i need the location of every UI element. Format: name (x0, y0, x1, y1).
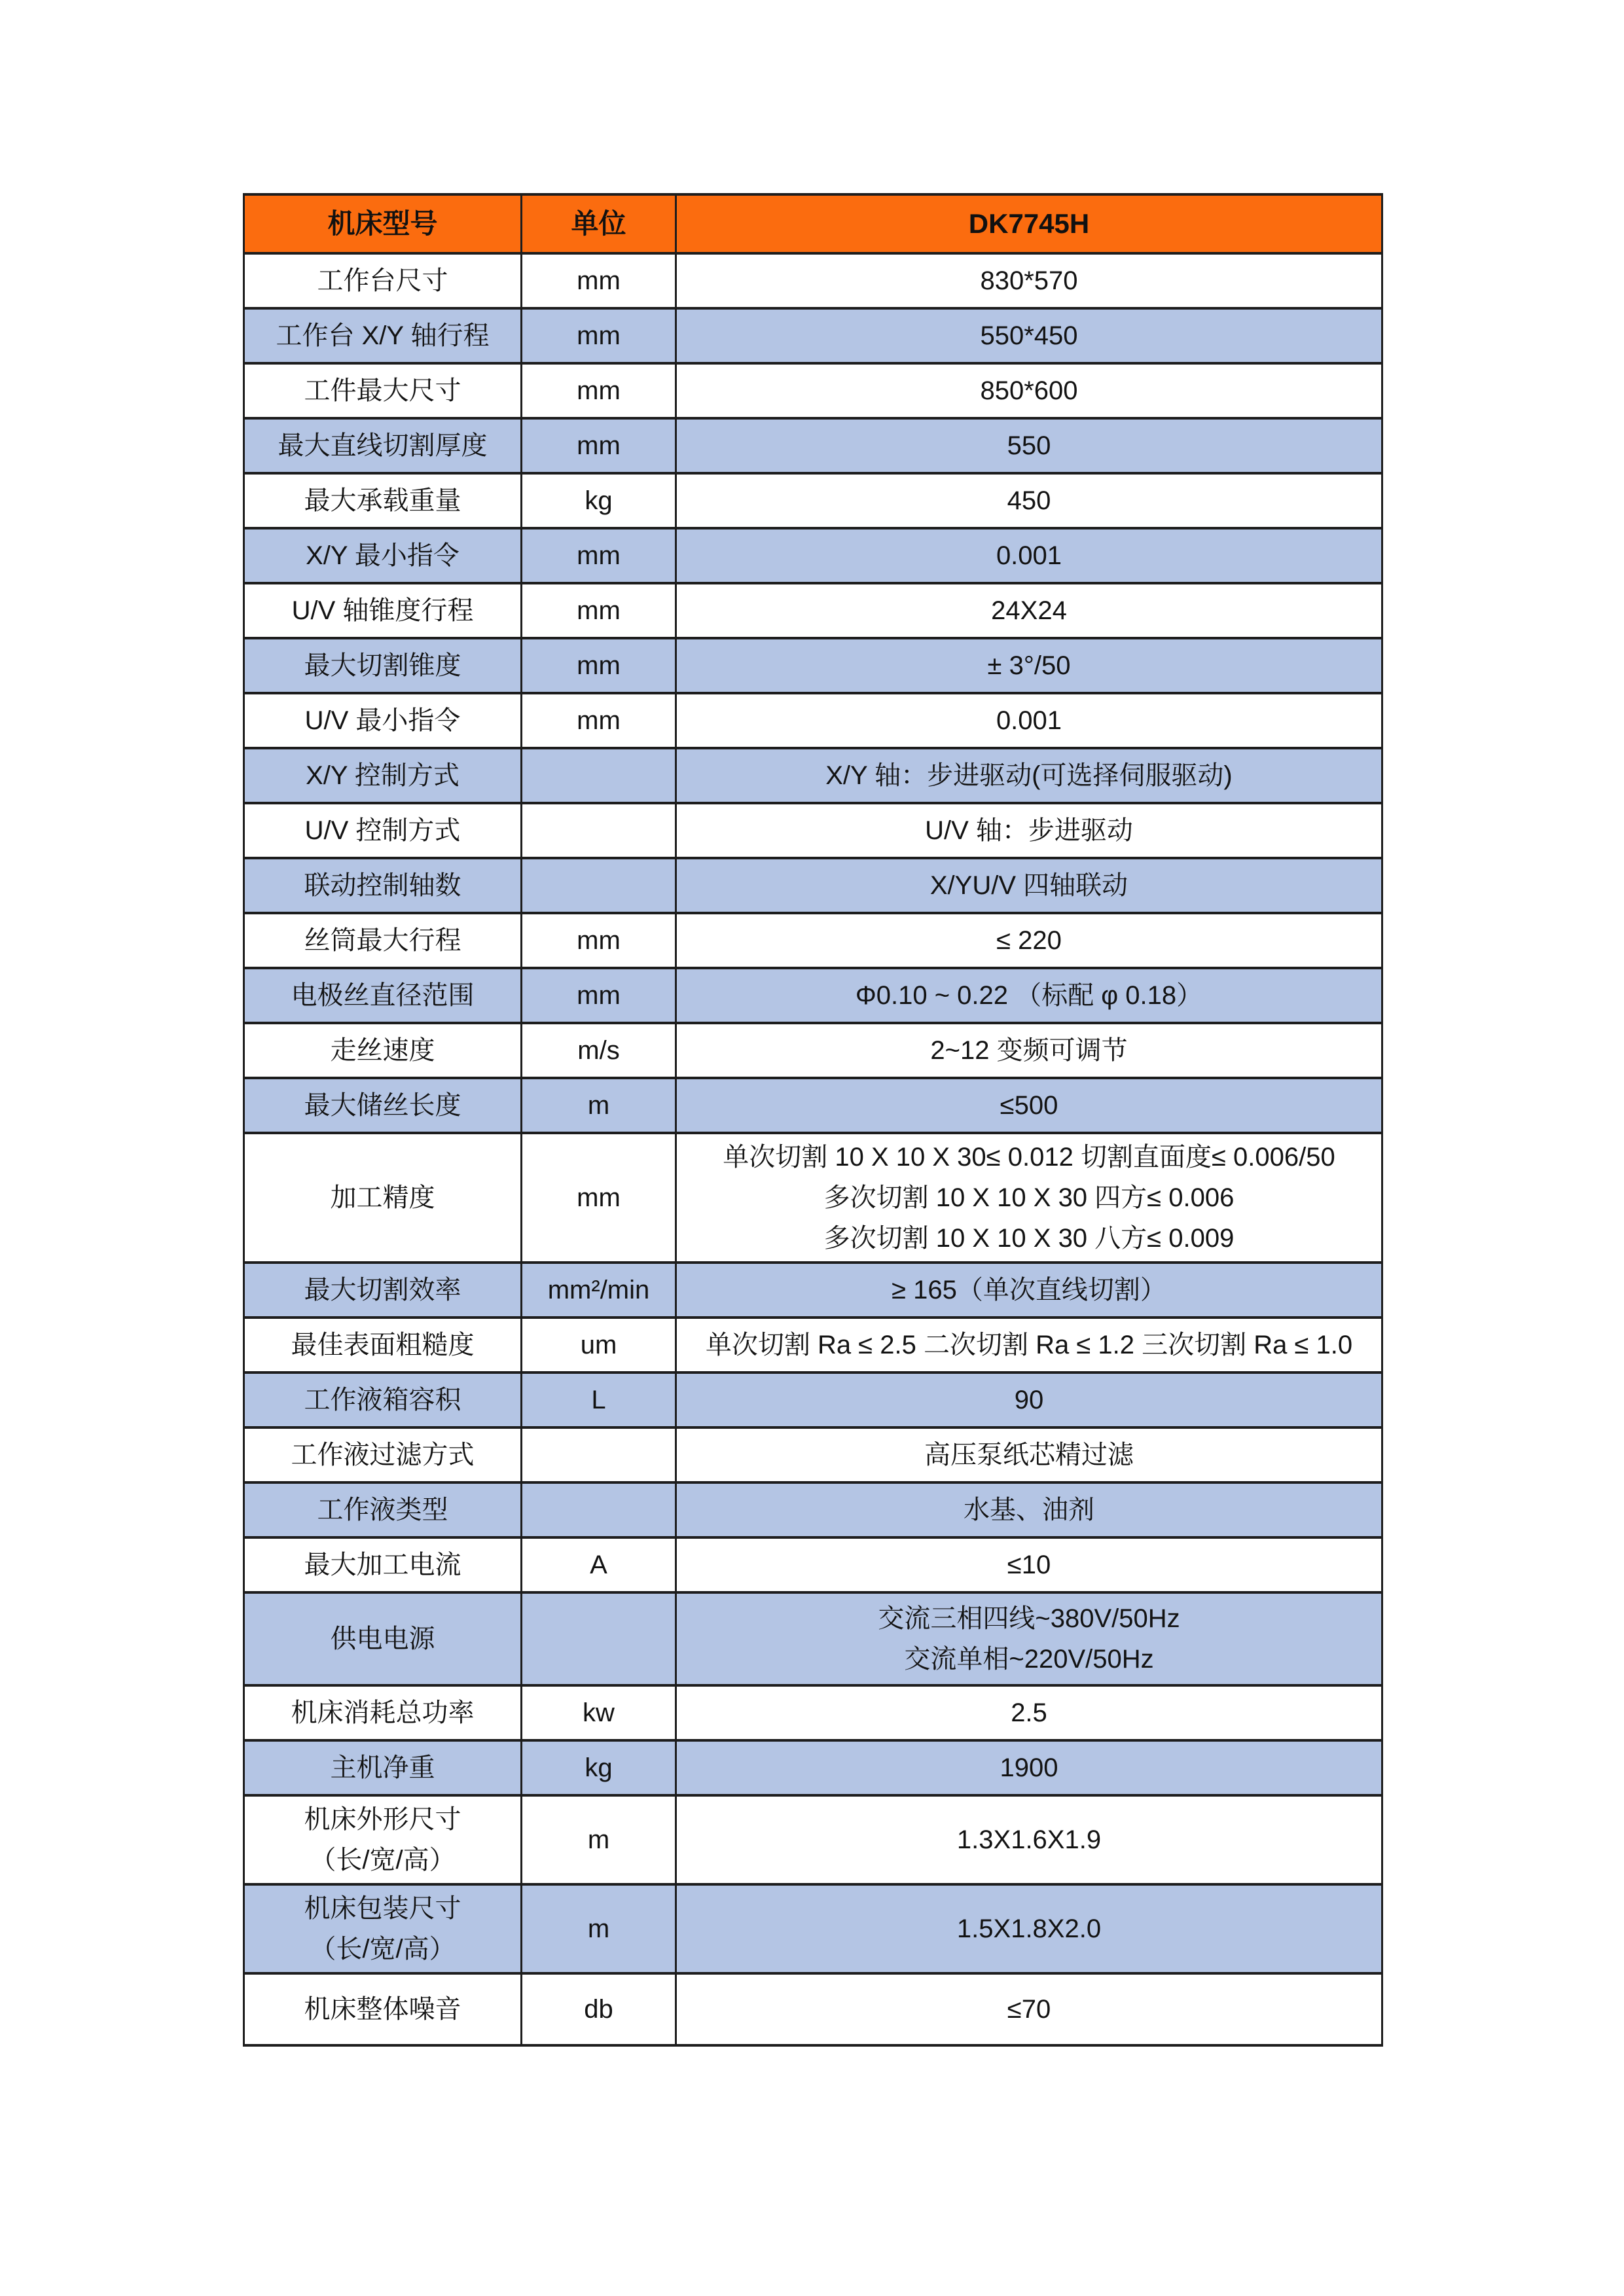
spec-unit: mm (522, 968, 676, 1023)
table-row: 最大切割效率 mm²/min ≥ 165（单次直线切割） (244, 1263, 1382, 1318)
spec-label: 最大加工电流 (244, 1537, 522, 1592)
spec-label: 工作液箱容积 (244, 1372, 522, 1427)
table-row: 电极丝直径范围 mm Φ0.10 ~ 0.22 （标配 φ 0.18） (244, 968, 1382, 1023)
table-row: 最大加工电流 A ≤10 (244, 1537, 1382, 1592)
spec-value: 水基、油剂 (676, 1482, 1382, 1537)
spec-unit: m/s (522, 1023, 676, 1078)
spec-label: U/V 轴锥度行程 (244, 583, 522, 638)
spec-unit: um (522, 1318, 676, 1372)
spec-value: U/V 轴：步进驱动 (676, 803, 1382, 858)
spec-sheet-page: 机床型号 单位 DK7745H 工作台尺寸 mm 830*570 工作台 X/Y… (243, 193, 1381, 2047)
table-row: X/Y 控制方式 X/Y 轴：步进驱动(可选择伺服驱动) (244, 748, 1382, 803)
spec-unit: m (522, 1795, 676, 1884)
spec-unit: A (522, 1537, 676, 1592)
spec-value: 交流三相四线~380V/50Hz 交流单相~220V/50Hz (676, 1592, 1382, 1685)
spec-unit: L (522, 1372, 676, 1427)
spec-value: 2.5 (676, 1685, 1382, 1740)
spec-unit: kg (522, 1740, 676, 1795)
spec-unit (522, 803, 676, 858)
spec-value: 高压泵纸芯精过滤 (676, 1427, 1382, 1482)
spec-label: 最大储丝长度 (244, 1078, 522, 1133)
table-row: 工作台尺寸 mm 830*570 (244, 253, 1382, 308)
spec-unit: mm (522, 693, 676, 748)
table-row: 工作液过滤方式 高压泵纸芯精过滤 (244, 1427, 1382, 1482)
spec-label: 加工精度 (244, 1133, 522, 1263)
spec-value: 550*450 (676, 308, 1382, 363)
table-row: 工作液类型 水基、油剂 (244, 1482, 1382, 1537)
spec-value: 1.5X1.8X2.0 (676, 1884, 1382, 1973)
spec-unit (522, 858, 676, 913)
spec-value: X/Y 轴：步进驱动(可选择伺服驱动) (676, 748, 1382, 803)
table-row: 最大承载重量 kg 450 (244, 473, 1382, 528)
spec-value: ≤500 (676, 1078, 1382, 1133)
spec-value: 450 (676, 473, 1382, 528)
table-row: U/V 控制方式 U/V 轴：步进驱动 (244, 803, 1382, 858)
spec-label: 电极丝直径范围 (244, 968, 522, 1023)
spec-table: 机床型号 单位 DK7745H 工作台尺寸 mm 830*570 工作台 X/Y… (243, 193, 1383, 2047)
spec-unit: kg (522, 473, 676, 528)
spec-label: 工作液类型 (244, 1482, 522, 1537)
table-row: 主机净重 kg 1900 (244, 1740, 1382, 1795)
table-row: 工作液箱容积 L 90 (244, 1372, 1382, 1427)
spec-unit: mm²/min (522, 1263, 676, 1318)
header-unit: 单位 (522, 194, 676, 253)
spec-unit: mm (522, 528, 676, 583)
spec-unit: m (522, 1078, 676, 1133)
spec-value: 2~12 变频可调节 (676, 1023, 1382, 1078)
table-row: 机床外形尺寸 （长/宽/高） m 1.3X1.6X1.9 (244, 1795, 1382, 1884)
spec-value: ≤ 220 (676, 913, 1382, 968)
spec-value: ± 3°/50 (676, 638, 1382, 693)
spec-label: 工件最大尺寸 (244, 363, 522, 418)
spec-value: 850*600 (676, 363, 1382, 418)
table-row: 最大直线切割厚度 mm 550 (244, 418, 1382, 473)
spec-label: 工作台尺寸 (244, 253, 522, 308)
table-row: 加工精度 mm 单次切割 10 X 10 X 30≤ 0.012 切割直面度≤ … (244, 1133, 1382, 1263)
spec-value: 1.3X1.6X1.9 (676, 1795, 1382, 1884)
spec-unit: mm (522, 1133, 676, 1263)
spec-value: 24X24 (676, 583, 1382, 638)
table-header-row: 机床型号 单位 DK7745H (244, 194, 1382, 253)
spec-value: ≤10 (676, 1537, 1382, 1592)
spec-label: 最大直线切割厚度 (244, 418, 522, 473)
spec-unit (522, 748, 676, 803)
table-row: 机床消耗总功率 kw 2.5 (244, 1685, 1382, 1740)
table-row: 最佳表面粗糙度 um 单次切割 Ra ≤ 2.5 二次切割 Ra ≤ 1.2 三… (244, 1318, 1382, 1372)
spec-value: X/YU/V 四轴联动 (676, 858, 1382, 913)
spec-value: 单次切割 Ra ≤ 2.5 二次切割 Ra ≤ 1.2 三次切割 Ra ≤ 1.… (676, 1318, 1382, 1372)
spec-unit: mm (522, 363, 676, 418)
spec-label: 机床外形尺寸 （长/宽/高） (244, 1795, 522, 1884)
spec-label: 供电电源 (244, 1592, 522, 1685)
table-row: 机床包装尺寸 （长/宽/高） m 1.5X1.8X2.0 (244, 1884, 1382, 1973)
spec-unit (522, 1482, 676, 1537)
spec-value: 0.001 (676, 528, 1382, 583)
spec-unit: mm (522, 913, 676, 968)
spec-label: U/V 最小指令 (244, 693, 522, 748)
spec-unit (522, 1592, 676, 1685)
spec-unit: mm (522, 418, 676, 473)
table-row: 丝筒最大行程 mm ≤ 220 (244, 913, 1382, 968)
table-row: U/V 轴锥度行程 mm 24X24 (244, 583, 1382, 638)
spec-value: ≥ 165（单次直线切割） (676, 1263, 1382, 1318)
table-row: 供电电源 交流三相四线~380V/50Hz 交流单相~220V/50Hz (244, 1592, 1382, 1685)
spec-unit: kw (522, 1685, 676, 1740)
spec-label: 联动控制轴数 (244, 858, 522, 913)
spec-unit: mm (522, 308, 676, 363)
spec-unit: mm (522, 638, 676, 693)
spec-label: 机床消耗总功率 (244, 1685, 522, 1740)
spec-label: 工作台 X/Y 轴行程 (244, 308, 522, 363)
spec-label: 走丝速度 (244, 1023, 522, 1078)
table-row: 工作台 X/Y 轴行程 mm 550*450 (244, 308, 1382, 363)
spec-label: 最大承载重量 (244, 473, 522, 528)
spec-label: 最大切割效率 (244, 1263, 522, 1318)
spec-label: 丝筒最大行程 (244, 913, 522, 968)
spec-label: 主机净重 (244, 1740, 522, 1795)
table-row: 工件最大尺寸 mm 850*600 (244, 363, 1382, 418)
header-model-value: DK7745H (676, 194, 1382, 253)
spec-value: 830*570 (676, 253, 1382, 308)
spec-label: 最大切割锥度 (244, 638, 522, 693)
header-machine-model: 机床型号 (244, 194, 522, 253)
table-row: 最大储丝长度 m ≤500 (244, 1078, 1382, 1133)
spec-label: 最佳表面粗糙度 (244, 1318, 522, 1372)
spec-label: 工作液过滤方式 (244, 1427, 522, 1482)
spec-label: U/V 控制方式 (244, 803, 522, 858)
spec-label: X/Y 最小指令 (244, 528, 522, 583)
spec-label: 机床整体噪音 (244, 1973, 522, 2045)
spec-value: Φ0.10 ~ 0.22 （标配 φ 0.18） (676, 968, 1382, 1023)
spec-value: ≤70 (676, 1973, 1382, 2045)
spec-label: 机床包装尺寸 （长/宽/高） (244, 1884, 522, 1973)
table-row: 联动控制轴数 X/YU/V 四轴联动 (244, 858, 1382, 913)
spec-value: 1900 (676, 1740, 1382, 1795)
spec-value: 550 (676, 418, 1382, 473)
spec-unit: m (522, 1884, 676, 1973)
spec-label: X/Y 控制方式 (244, 748, 522, 803)
spec-value: 单次切割 10 X 10 X 30≤ 0.012 切割直面度≤ 0.006/50… (676, 1133, 1382, 1263)
table-row: U/V 最小指令 mm 0.001 (244, 693, 1382, 748)
spec-value: 90 (676, 1372, 1382, 1427)
spec-unit: mm (522, 253, 676, 308)
spec-value: 0.001 (676, 693, 1382, 748)
spec-unit: db (522, 1973, 676, 2045)
spec-unit: mm (522, 583, 676, 638)
table-row: 走丝速度 m/s 2~12 变频可调节 (244, 1023, 1382, 1078)
spec-unit (522, 1427, 676, 1482)
table-row: 机床整体噪音 db ≤70 (244, 1973, 1382, 2045)
table-row: 最大切割锥度 mm ± 3°/50 (244, 638, 1382, 693)
table-row: X/Y 最小指令 mm 0.001 (244, 528, 1382, 583)
